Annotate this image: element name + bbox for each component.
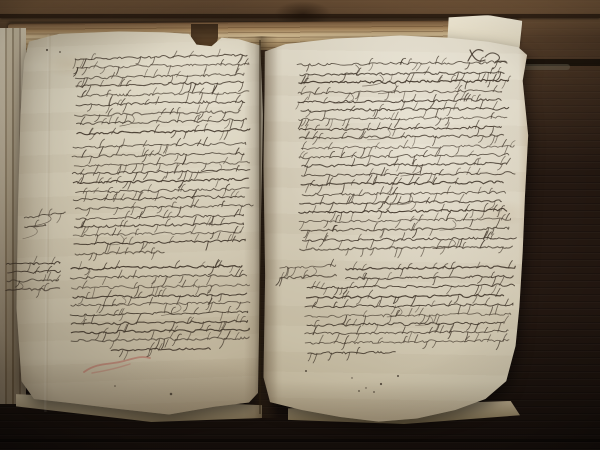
right-page — [258, 34, 532, 424]
right-page-wrap — [0, 0, 600, 450]
book-gutter-line — [259, 40, 261, 414]
manuscript-book — [0, 0, 600, 450]
photo-scene — [0, 0, 600, 450]
book-gutter-shadow — [244, 36, 278, 418]
